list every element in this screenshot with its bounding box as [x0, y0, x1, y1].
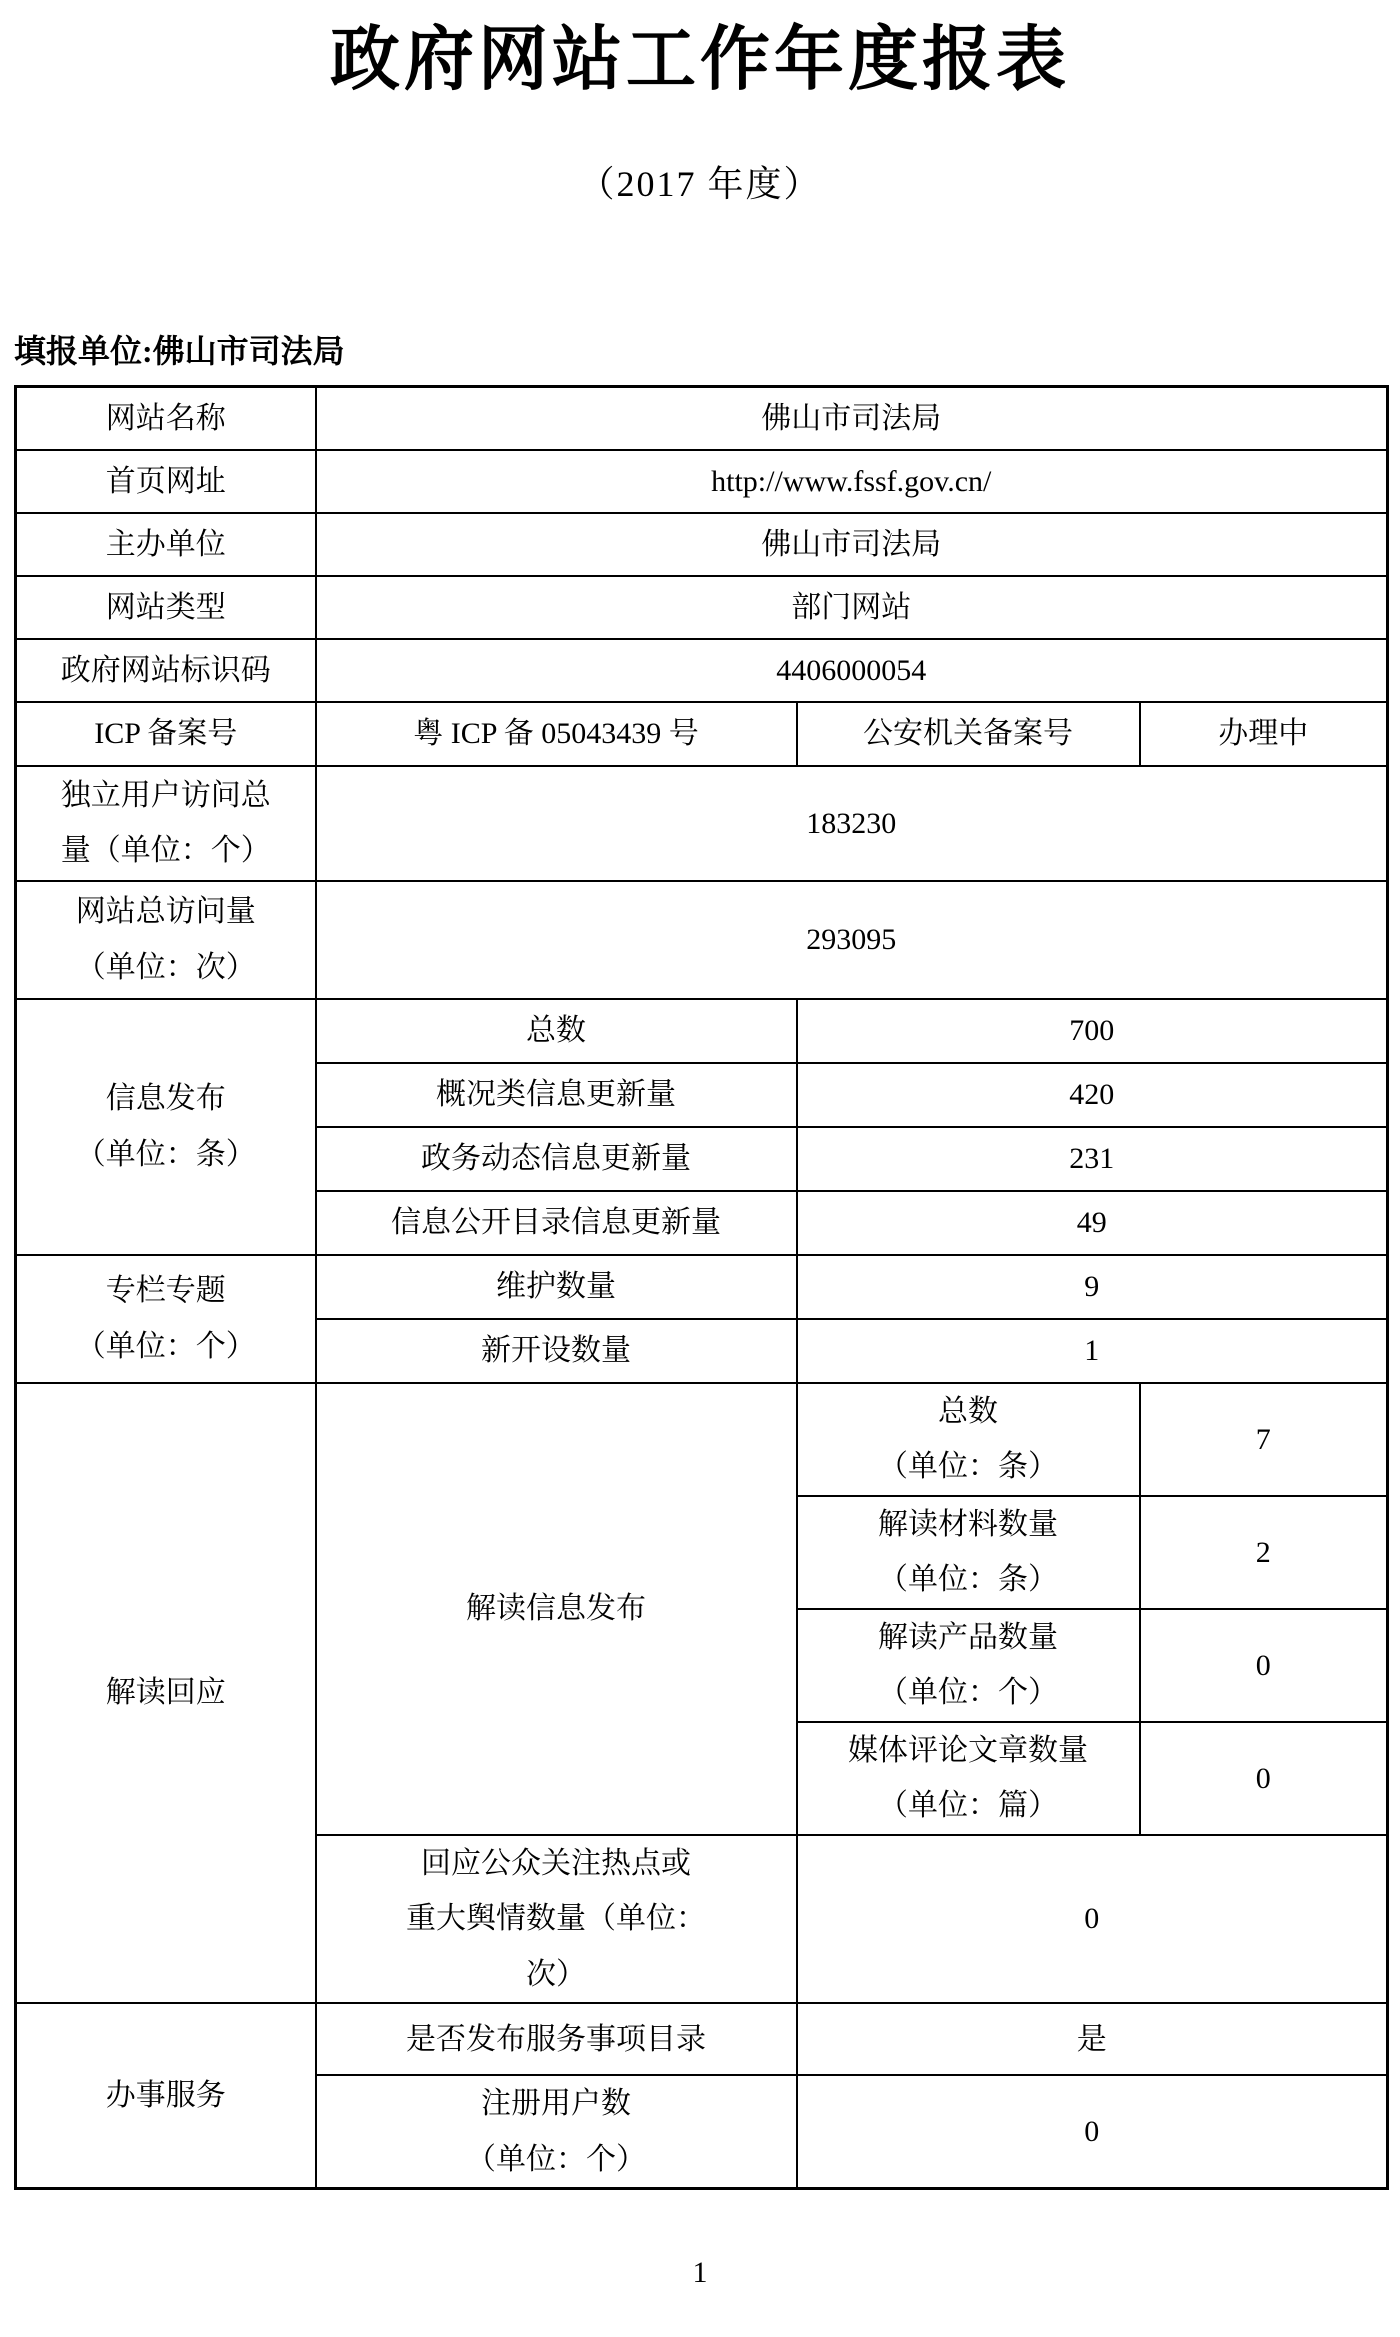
info-publish-dynamics-label-cell: 政务动态信息更新量: [316, 1127, 797, 1191]
info-publish-dynamics-value-cell: 231: [797, 1127, 1388, 1191]
special-maintain-value-cell: 9: [797, 1255, 1388, 1319]
sponsor-value-cell: 佛山市司法局: [316, 513, 1388, 576]
services-users-label-cell: 注册用户数 （单位：个）: [316, 2075, 797, 2189]
interpret-total-value-cell: 7: [1140, 1383, 1388, 1496]
interpret-material-label-cell: 解读材料数量 （单位：条）: [797, 1496, 1140, 1609]
total-visits-label-cell: 网站总访问量 （单位：次）: [16, 881, 316, 999]
site-type-label-cell: 网站类型: [16, 576, 316, 639]
services-catalog-label-cell: 是否发布服务事项目录: [316, 2003, 797, 2075]
home-url-label-cell: 首页网址: [16, 450, 316, 513]
table-row: 网站类型 部门网站: [16, 576, 1388, 639]
table-row: ICP 备案号 粤 ICP 备 05043439 号 公安机关备案号 办理中: [16, 702, 1388, 766]
table-row: 办事服务 是否发布服务事项目录 是: [16, 2003, 1388, 2075]
police-filing-value-cell: 办理中: [1140, 702, 1388, 766]
home-url-value-cell: http://www.fssf.gov.cn/: [316, 450, 1388, 513]
table-row: 主办单位 佛山市司法局: [16, 513, 1388, 576]
special-new-value-cell: 1: [797, 1319, 1388, 1383]
info-publish-group-cell: 信息发布 （单位：条）: [16, 999, 316, 1255]
special-maintain-label-cell: 维护数量: [316, 1255, 797, 1319]
info-publish-total-label-cell: 总数: [316, 999, 797, 1063]
table-row: 首页网址 http://www.fssf.gov.cn/: [16, 450, 1388, 513]
site-code-value-cell: 4406000054: [316, 639, 1388, 702]
interpret-publish-label-cell: 解读信息发布: [316, 1383, 797, 1835]
table-row: 解读回应 解读信息发布 总数 （单位：条） 7: [16, 1383, 1388, 1496]
unique-visitors-label-cell: 独立用户访问总 量（单位：个）: [16, 766, 316, 881]
table-row: 独立用户访问总 量（单位：个） 183230: [16, 766, 1388, 881]
document-title: 政府网站工作年度报表: [0, 22, 1400, 99]
site-code-label-cell: 政府网站标识码: [16, 639, 316, 702]
interpret-group-cell: 解读回应: [16, 1383, 316, 2004]
services-group-cell: 办事服务: [16, 2003, 316, 2189]
reporting-unit-label: 填报单位:佛山市司法局: [14, 327, 1400, 375]
annual-report-table: 网站名称 佛山市司法局 首页网址 http://www.fssf.gov.cn/…: [14, 385, 1389, 2190]
info-publish-total-value-cell: 700: [797, 999, 1388, 1063]
interpret-media-label-cell: 媒体评论文章数量 （单位：篇）: [797, 1722, 1140, 1835]
document-subtitle: （2017 年度）: [0, 159, 1400, 209]
site-type-value-cell: 部门网站: [316, 576, 1388, 639]
site-name-label-cell: 网站名称: [16, 387, 316, 450]
response-label-cell: 回应公众关注热点或 重大舆情数量（单位： 次）: [316, 1835, 797, 2004]
sponsor-label-cell: 主办单位: [16, 513, 316, 576]
interpret-product-value-cell: 0: [1140, 1609, 1388, 1722]
interpret-media-value-cell: 0: [1140, 1722, 1388, 1835]
icp-value-cell: 粤 ICP 备 05043439 号: [316, 702, 797, 766]
interpret-total-label-cell: 总数 （单位：条）: [797, 1383, 1140, 1496]
total-visits-value-cell: 293095: [316, 881, 1388, 999]
table-row: 信息发布 （单位：条） 总数 700: [16, 999, 1388, 1063]
info-publish-catalog-value-cell: 49: [797, 1191, 1388, 1255]
page-number: 1: [0, 2250, 1400, 2295]
site-name-value-cell: 佛山市司法局: [316, 387, 1388, 450]
special-columns-group-cell: 专栏专题 （单位：个）: [16, 1255, 316, 1383]
table-row: 网站名称 佛山市司法局: [16, 387, 1388, 450]
special-new-label-cell: 新开设数量: [316, 1319, 797, 1383]
interpret-material-value-cell: 2: [1140, 1496, 1388, 1609]
response-value-cell: 0: [797, 1835, 1388, 2004]
table-row: 专栏专题 （单位：个） 维护数量 9: [16, 1255, 1388, 1319]
info-publish-overview-label-cell: 概况类信息更新量: [316, 1063, 797, 1127]
table-row: 政府网站标识码 4406000054: [16, 639, 1388, 702]
info-publish-overview-value-cell: 420: [797, 1063, 1388, 1127]
services-catalog-value-cell: 是: [797, 2003, 1388, 2075]
police-filing-label-cell: 公安机关备案号: [797, 702, 1140, 766]
unique-visitors-value-cell: 183230: [316, 766, 1388, 881]
table-row: 网站总访问量 （单位：次） 293095: [16, 881, 1388, 999]
services-users-value-cell: 0: [797, 2075, 1388, 2189]
interpret-product-label-cell: 解读产品数量 （单位：个）: [797, 1609, 1140, 1722]
icp-label-cell: ICP 备案号: [16, 702, 316, 766]
info-publish-catalog-label-cell: 信息公开目录信息更新量: [316, 1191, 797, 1255]
